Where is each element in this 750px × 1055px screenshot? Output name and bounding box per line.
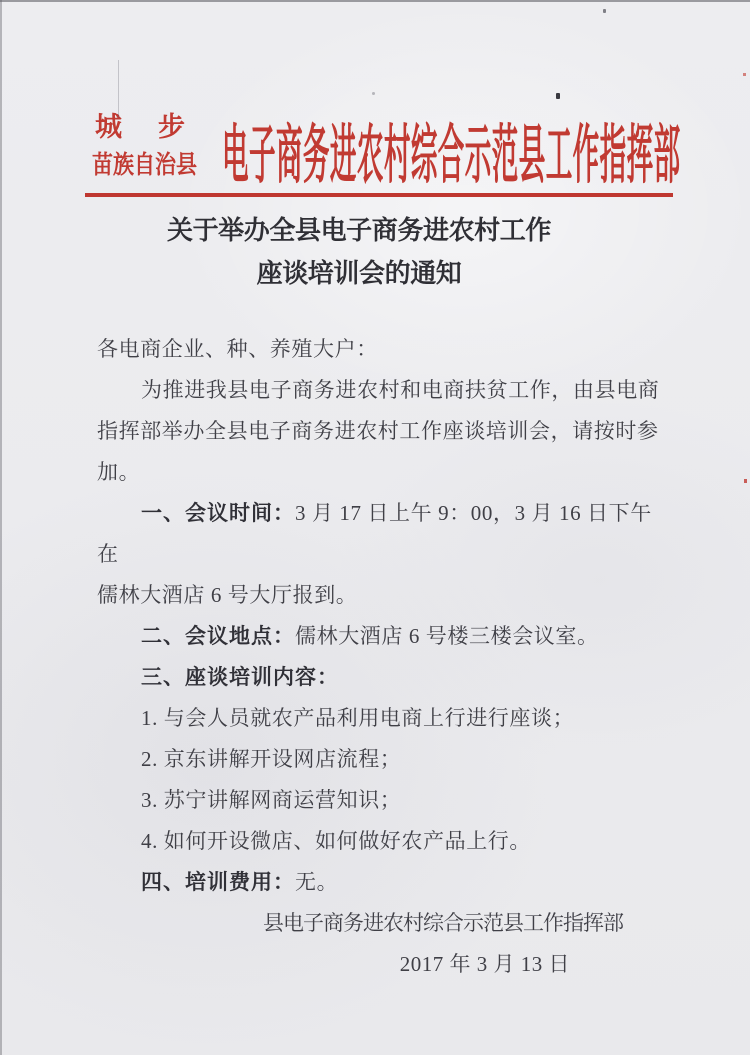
section-training-fee: 四、培训费用：无。 [97,862,662,903]
salutation-line: 各电商企业、种、养殖大户： [97,329,662,370]
list-item: 3. 苏宁讲解网商运营知识； [97,780,662,821]
signature-org: 县电子商务进农村综合示范县工作指挥部 [97,903,662,944]
section-meeting-place: 二、会议地点：儒林大酒店 6 号楼三楼会议室。 [97,616,662,657]
document-body: 各电商企业、种、养殖大户： 为推进我县电子商务进农村和电商扶贫工作，由县电商 指… [97,329,662,985]
section-training-content: 三、座谈培训内容： [97,657,662,698]
scanned-document-page: 城 步 苗族自治县 电子商务进农村综合示范县工作指挥部 关于举办全县电子商务进农… [0,0,750,1055]
list-item: 4. 如何开设微店、如何做好农产品上行。 [97,821,662,862]
document-masthead: 城 步 苗族自治县 电子商务进农村综合示范县工作指挥部 [0,0,750,198]
paragraph-line: 指挥部举办全县电子商务进农村工作座谈培训会，请按时参 [97,411,662,452]
document-title-line1: 关于举办全县电子商务进农村工作 [167,215,551,245]
masthead-divider-rule [85,193,673,197]
county-name-line1: 城 步 [92,113,185,142]
county-char-bu: 步 [158,113,185,142]
county-name-block: 城 步 苗族自治县 [92,113,198,179]
county-name-line2: 苗族自治县 [92,152,181,179]
section-text: 儒林大酒店 6 号楼三楼会议室。 [295,624,599,648]
county-char-cheng: 城 [95,113,122,142]
paragraph-line: 加。 [97,452,662,493]
list-item: 1. 与会人员就农产品利用电商上行进行座谈； [97,698,662,739]
document-title: 关于举办全县电子商务进农村工作 座谈培训会的通知 [69,209,649,295]
section-text: 无。 [295,870,338,894]
section-meeting-time: 一、会议时间：3 月 17 日上午 9：00，3 月 16 日下午在 [97,493,662,575]
section-label: 二、会议地点： [141,625,295,648]
section-label: 一、会议时间： [141,502,295,525]
section-meeting-time-cont: 儒林大酒店 6 号大厅报到。 [97,575,662,616]
issuing-org-name: 电子商务进农村综合示范县工作指挥部 [222,123,681,187]
scan-speck-artifact [744,479,747,483]
list-item: 2. 京东讲解开设网店流程； [97,739,662,780]
paragraph-line: 为推进我县电子商务进农村和电商扶贫工作，由县电商 [97,370,662,411]
section-label: 三、座谈培训内容： [141,666,339,689]
signature-date: 2017 年 3 月 13 日 [97,944,662,985]
document-title-line2: 座谈培训会的通知 [257,258,462,288]
section-label: 四、培训费用： [141,871,295,894]
